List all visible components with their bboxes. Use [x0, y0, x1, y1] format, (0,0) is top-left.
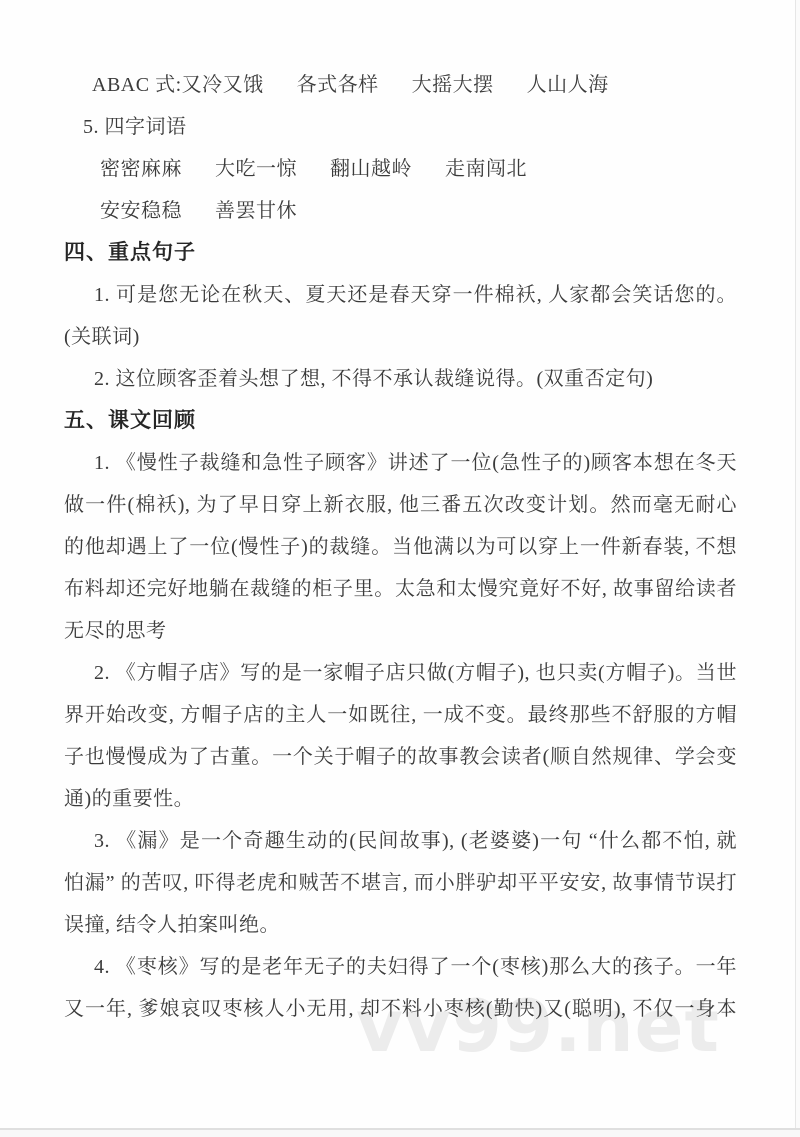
page-bottom-margin-strip	[0, 1130, 800, 1137]
review-para-4-line-2: 又一年, 爹娘哀叹枣核人小无用, 却不料小枣核(勤快)又(聪明), 不仅一身本	[64, 988, 737, 1030]
key-sentence-1-annotation: (关联词)	[64, 316, 737, 358]
review-para-1-line-1: 1. 《慢性子裁缝和急性子顾客》讲述了一位(急性子的)顾客本想在冬天	[94, 442, 737, 484]
abac-label: ABAC 式:	[92, 74, 182, 96]
four-char-words-row-1: 密密麻麻大吃一惊翻山越岭走南闯北	[100, 148, 737, 190]
word-item: 人山人海	[527, 74, 609, 96]
review-para-2-line-2: 界开始改变, 方帽子店的主人一如既往, 一成不变。最终那些不舒服的方帽	[64, 694, 737, 736]
page-right-margin-strip	[796, 0, 800, 1128]
key-sentence-2: 2. 这位顾客歪着头想了想, 不得不承认裁缝说得。(双重否定句)	[94, 358, 737, 400]
word-item: 又冷又饿	[182, 74, 264, 96]
word-item: 各式各样	[297, 74, 379, 96]
review-para-3-line-3: 误撞, 结令人拍案叫绝。	[64, 904, 737, 946]
word-item: 大吃一惊	[215, 158, 297, 180]
section-heading-key-sentences: 四、重点句子	[64, 232, 737, 274]
review-para-2-line-4: 通)的重要性。	[64, 778, 737, 820]
word-item: 密密麻麻	[100, 158, 182, 180]
document-content: ABAC 式:又冷又饿各式各样大摇大摆人山人海 5. 四字词语 密密麻麻大吃一惊…	[0, 0, 800, 1030]
word-item: 走南闯北	[445, 158, 527, 180]
review-para-1-line-5: 无尽的思考	[64, 610, 737, 652]
review-para-2-line-1: 2. 《方帽子店》写的是一家帽子店只做(方帽子), 也只卖(方帽子)。当世	[94, 652, 737, 694]
key-sentence-1-line-1: 1. 可是您无论在秋天、夏天还是春天穿一件棉袄, 人家都会笑话您的。	[94, 274, 737, 316]
list-item-5-title: 5. 四字词语	[83, 106, 737, 148]
page-right-edge-line	[795, 0, 796, 1128]
word-item: 翻山越岭	[330, 158, 412, 180]
word-item: 善罢甘休	[215, 200, 297, 222]
review-para-1-line-4: 布料却还完好地躺在裁缝的柜子里。太急和太慢究竟好不好, 故事留给读者	[64, 568, 737, 610]
review-para-2-line-3: 子也慢慢成为了古董。一个关于帽子的故事教会读者(顺自然规律、学会变	[64, 736, 737, 778]
review-para-4-line-1: 4. 《枣核》写的是老年无子的夫妇得了一个(枣核)那么大的孩子。一年	[94, 946, 737, 988]
review-para-3-line-1: 3. 《漏》是一个奇趣生动的(民间故事), (老婆婆)一句 “什么都不怕, 就	[94, 820, 737, 862]
word-item: 大摇大摆	[412, 74, 494, 96]
abac-words-row: ABAC 式:又冷又饿各式各样大摇大摆人山人海	[92, 64, 737, 106]
document-page: vv99.net ABAC 式:又冷又饿各式各样大摇大摆人山人海 5. 四字词语…	[0, 0, 800, 1137]
section-heading-text-review: 五、课文回顾	[64, 400, 737, 442]
four-char-words-row-2: 安安稳稳善罢甘休	[100, 190, 737, 232]
review-para-1-line-3: 的他却遇上了一位(慢性子)的裁缝。当他满以为可以穿上一件新春装, 不想	[64, 526, 737, 568]
review-para-3-line-2: 怕漏” 的苦叹, 吓得老虎和贼苦不堪言, 而小胖驴却平平安安, 故事情节误打	[64, 862, 737, 904]
word-item: 安安稳稳	[100, 200, 182, 222]
review-para-1-line-2: 做一件(棉袄), 为了早日穿上新衣服, 他三番五次改变计划。然而毫无耐心	[64, 484, 737, 526]
